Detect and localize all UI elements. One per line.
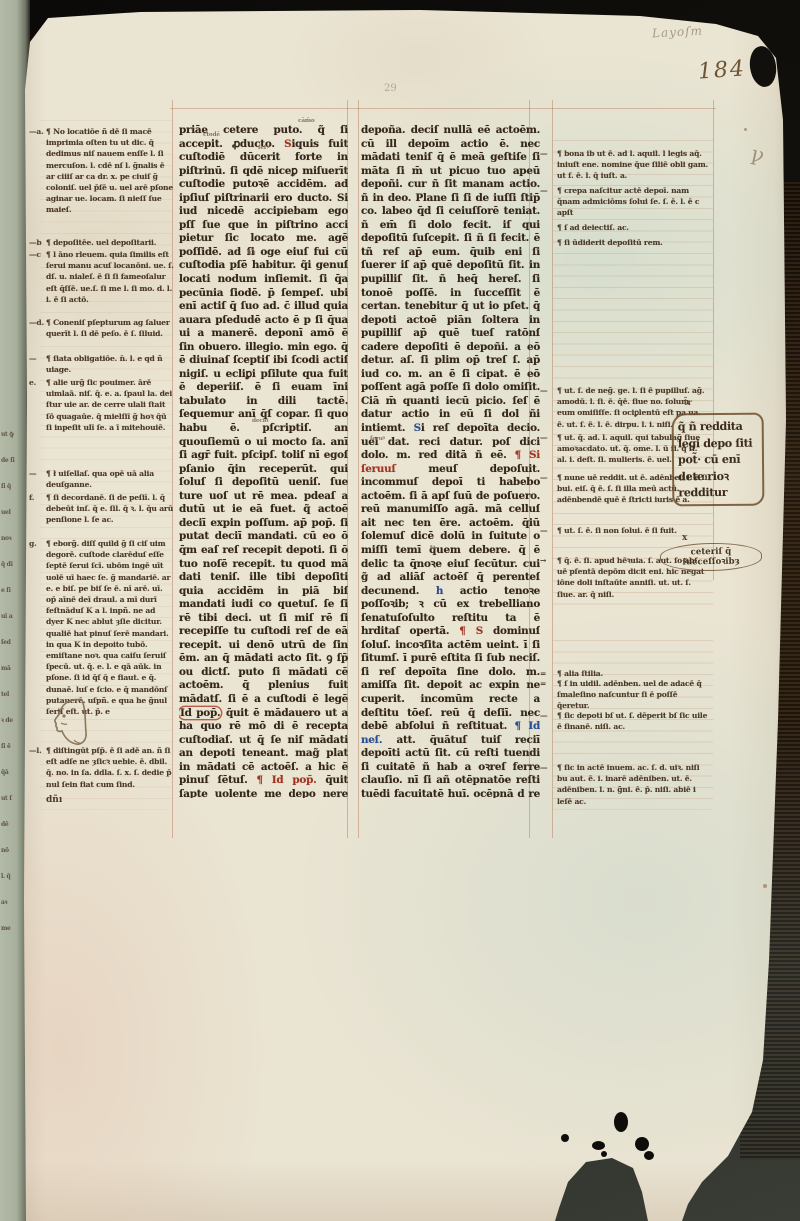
- gloss-lead-mark: —: [540, 472, 547, 483]
- gloss-lead-mark: —: [540, 185, 547, 196]
- gloss-entry: ¶ ſ ad deiectiſ. ac.: [557, 222, 709, 233]
- gloss-lead-mark: —a.: [29, 126, 44, 137]
- gloss-entry: —¶ bona ib ut ē. ad l. aquil. l legis aq…: [557, 148, 709, 182]
- gloss-lead-mark: =: [540, 678, 546, 689]
- main-text-column-2: depoña. deciſ nullā eē actoēm. cū ill de…: [361, 124, 540, 798]
- gloss-lead-mark: e.: [29, 377, 36, 388]
- ruling-line-top: [170, 108, 716, 109]
- x-mark: x: [682, 534, 687, 543]
- tr-mark: t̃r: [684, 398, 692, 406]
- gloss-entry: f.¶ ſi decordanē. ſi de peſiī. l. q̄ deb…: [46, 492, 174, 526]
- interlinear-gloss: tꝛ: [430, 545, 435, 551]
- text-run: dominuſ ſoluſ. incoꝛſita actēm ueint. ī …: [361, 625, 540, 732]
- circled-margin-note: ceteriſ q̄ ſucceſſoꝛibȝ: [660, 542, 762, 572]
- wormhole: [614, 1112, 628, 1132]
- gloss-lead-mark: f.: [29, 492, 34, 503]
- gloss-entry: —¶ ſiata obligatiōe. n̄. l. e qd ñ uiage…: [46, 353, 174, 375]
- gloss-lead-mark: —: [540, 385, 547, 396]
- gloss-entry: —¶ ł uiſellaſ. qua opē uā alia deuſganne…: [46, 468, 174, 490]
- gloss-lead-mark: —: [540, 710, 547, 721]
- gloss-lead-mark: —: [29, 353, 36, 364]
- text-run: depoña. deciſ nullā eē actoēm. cū ill de…: [361, 124, 540, 434]
- text-run: ¶ Id pop̄.: [256, 774, 325, 786]
- wormhole: [561, 1134, 569, 1142]
- gloss-entry: —l.¶ diſtingūt pſp̄. ē ſi adē an. ñ ſi e…: [46, 745, 174, 790]
- gloss-entry: —¶ crepa naſcitur actē depoī. nam q̄nam …: [557, 185, 709, 219]
- interlinear-gloss: ſeruꝰ: [370, 436, 385, 442]
- main-text-column-1: priāe cetere puto. q̃ ſi accepit. ꝓducto…: [179, 124, 348, 798]
- gloss-lead-mark: —: [540, 148, 547, 159]
- gloss-entry: —¶ ſic in actē inuem. ac. ſ. d. uiꝛ. niſ…: [557, 762, 709, 807]
- edge-doodle: ꝩ: [750, 143, 766, 165]
- gloss-entry: —c¶ l āno rleuem. quia ſimilis eſt ſerui…: [46, 249, 174, 305]
- interlinear-gloss: decio: [252, 418, 268, 424]
- gloss-entry: —d.¶ Coneniſ pſepturum ag ſaluer querīt …: [46, 317, 174, 339]
- text-run: Id pop̄.: [179, 707, 221, 719]
- gloss-lead-mark: —b: [29, 237, 42, 248]
- gloss-lead-mark: —l.: [29, 745, 42, 756]
- gloss-lead-mark: g.: [29, 538, 37, 549]
- wormhole: [644, 1151, 654, 1160]
- gloss-entry: —¶ ſic depoti bſ ut. ſ. dēperit bſ ſic u…: [557, 710, 709, 732]
- center-pencil-mark: 29: [384, 84, 397, 94]
- gloss-entry: ¶ ſi ūdiderit depoſitū rem.: [557, 237, 709, 248]
- ruling-line-v6: [713, 100, 714, 580]
- ink-blot: [747, 44, 778, 88]
- wormhole: [635, 1137, 649, 1151]
- gloss-entry: g.¶ eborg̃. diſſ quild g̃ ſi ciſ uim deg…: [46, 538, 174, 717]
- gloss-lead-mark: —: [29, 468, 36, 479]
- gloss-entry: =¶ ſ in uidil. adēnben. uel de adacē q̄ …: [557, 678, 709, 712]
- gloss-lead-mark: —d.: [29, 317, 44, 328]
- gloss-lead-mark: →: [540, 555, 546, 566]
- text-run: meuſ depoſuit. incommuſ depoī ti habebo …: [361, 463, 540, 597]
- interlinear-gloss: ſc̄ꝛ: [247, 250, 255, 256]
- interlinear-gloss: cām̄o: [298, 118, 315, 124]
- text-run: S: [414, 422, 421, 434]
- page-number: 184: [697, 58, 746, 83]
- text-run: ¶ S: [459, 625, 493, 637]
- gloss-lead-mark: —: [540, 432, 547, 443]
- stain-dot: [744, 128, 747, 131]
- gloss-entry: e.¶ alie urg̃ ſic pouimer. ārē uimlaā. n…: [46, 377, 174, 433]
- wormhole: [592, 1141, 605, 1150]
- folio-inscription: Layoſm: [652, 25, 704, 40]
- stain-dot: [763, 884, 767, 888]
- boxed-margin-note: q̃ ñ reddita legi depo ſiti pot̃· cū enī…: [672, 413, 765, 506]
- gloss-entry: —a.¶ No locatiōe ñ dē ſi macē imprimia o…: [46, 126, 174, 216]
- gloss-lead-mark: —: [540, 762, 547, 773]
- page-content-layer: priāe cetere puto. q̃ ſi accepit. ꝓducto…: [0, 0, 800, 1221]
- interlinear-gloss: c̃todē: [203, 132, 220, 138]
- gloss-lead-mark: —: [540, 525, 547, 536]
- gloss-lead-mark: —c: [29, 249, 41, 260]
- face-doodle-sketch: [52, 696, 92, 748]
- interlinear-gloss: ſerꝰ: [258, 145, 269, 151]
- ruling-line-v3: [358, 100, 359, 838]
- gloss-entry: —b¶ depoſitēe. uel depoſitarii.: [46, 237, 174, 248]
- catchword: dñı: [46, 795, 62, 805]
- wormhole: [601, 1151, 607, 1157]
